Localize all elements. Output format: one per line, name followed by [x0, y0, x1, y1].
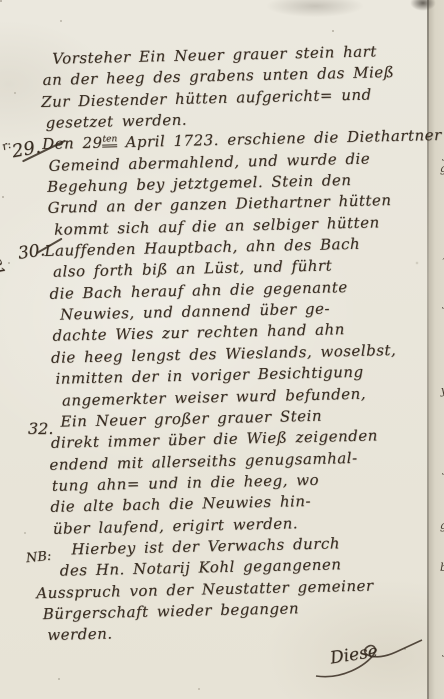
- margin-number-30: 30.: [17, 240, 47, 264]
- manuscript-page: ʃ g ) ʃ y ʃ g b ʃ r: 29. 30. 31. 32. NB:…: [0, 0, 444, 699]
- margin-number-31: 31.: [0, 256, 9, 283]
- paper-speckles: [0, 0, 2, 2]
- margin-note-nb: NB:: [25, 549, 52, 567]
- date-text: Den 29: [42, 134, 103, 153]
- handwritten-text-block: Vorsteher Ein Neuer grauer stein hart an…: [40, 41, 444, 648]
- date-superscript: ten: [102, 135, 117, 148]
